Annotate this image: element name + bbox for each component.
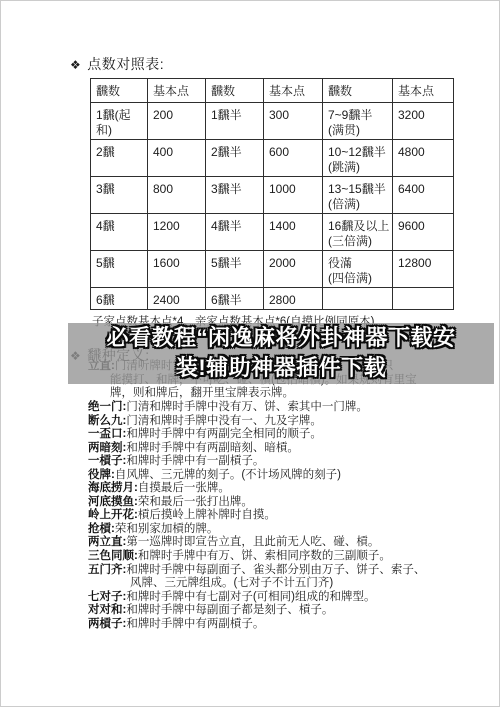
column-header: 基本点: [148, 79, 206, 103]
column-header: 飜数: [323, 79, 393, 103]
diamond-bullet-icon: ❖: [70, 58, 81, 72]
watermark-overlay: 必看教程“闲逸麻将外卦神器下载安 装!辅助神器插件下载: [68, 323, 494, 384]
table-cell: 役滿 (四倍满): [323, 251, 393, 288]
score-table: 飜数 基本点 飜数 基本点 飜数 基本点 1飜(起和) 200 1飜半 300 …: [90, 78, 454, 310]
definition-line: 风牌、三元牌组成。(七对子不计五门齐): [88, 577, 425, 591]
table-cell: 2飜半: [206, 140, 264, 177]
definition-item: 河底摸鱼:荣和最后一张打出牌。: [88, 496, 425, 510]
table-cell: 300: [264, 103, 323, 140]
definition-item: 海底捞月:自摸最后一张牌。: [88, 482, 425, 496]
table-cell: 1600: [148, 251, 206, 288]
table-cell: 9600: [393, 214, 454, 251]
definition-text: 和牌时手牌中有两副暗刻、暗槓。: [126, 442, 299, 454]
definition-item: 两暗刻:和牌时手牌中有两副暗刻、暗槓。: [88, 442, 425, 456]
definition-text: 荣和最后一张打出牌。: [138, 496, 253, 508]
table-cell: 5飜: [91, 251, 148, 288]
table-row: 4飜 1200 4飜半 1400 16飜及以上 (三倍满) 9600: [91, 214, 454, 251]
definition-text: 荣和别家加槓的牌。: [115, 523, 219, 535]
table-cell: 5飜半: [206, 251, 264, 288]
definition-line: 五门齐:和牌时手牌中每副面子、雀头都分别由万子、饼子、索子、: [88, 564, 425, 578]
table-row: 3飜 800 3飜半 1000 13~15飜半 (倍满) 6400: [91, 177, 454, 214]
definition-term: 岭上开花:: [88, 509, 138, 521]
definition-text: 和牌时手牌中有万、饼、索相同序数的三副顺子。: [138, 550, 391, 562]
definition-term: 一盃口:: [88, 428, 126, 440]
definition-term: 一槓子:: [88, 455, 126, 467]
table-cell: 600: [264, 140, 323, 177]
definition-item: 一盃口:和牌时手牌中有两副完全相同的顺子。: [88, 428, 425, 442]
column-header: 基本点: [264, 79, 323, 103]
table-cell: 4飜: [91, 214, 148, 251]
definition-item: 一槓子:和牌时手牌中有一副槓子。: [88, 455, 425, 469]
table-cell: 4800: [393, 140, 454, 177]
definition-term: 对对和:: [88, 604, 126, 616]
score-table-block: 飜数 基本点 飜数 基本点 飜数 基本点 1飜(起和) 200 1飜半 300 …: [90, 78, 454, 310]
definition-item: 断么九:门清和牌时手牌中没有一、九及字牌。: [88, 415, 425, 429]
definition-text: 和牌时手牌中每副面子、雀头都分别由万子、饼子、索子、: [126, 564, 425, 576]
table-cell: 2400: [148, 288, 206, 310]
table-cell: 1000: [264, 177, 323, 214]
definition-text: 和牌时手牌中有两副槓子。: [126, 618, 264, 630]
table-cell: 800: [148, 177, 206, 214]
definition-item: 两槓子:和牌时手牌中有两副槓子。: [88, 618, 425, 632]
table-header-row: 飜数 基本点 飜数 基本点 飜数 基本点: [91, 79, 454, 103]
definition-text: 第一巡牌时即宣告立直，且此前无人吃、碰、槓。: [126, 536, 379, 548]
table-cell: 4飜半: [206, 214, 264, 251]
definitions-list: 绝一门:门清和牌时手牌中没有万、饼、索其中一门牌。 断么九:门清和牌时手牌中没有…: [88, 401, 425, 631]
definition-term: 两槓子:: [88, 618, 126, 630]
column-header: 基本点: [393, 79, 454, 103]
definition-term: 海底捞月:: [88, 482, 138, 494]
definition-term: 三色同顺:: [88, 550, 138, 562]
definition-item: 抢槓:荣和别家加槓的牌。: [88, 523, 425, 537]
definition-term: 役牌:: [88, 469, 115, 481]
column-header: 飜数: [206, 79, 264, 103]
definition-item: 三色同顺:和牌时手牌中有万、饼、索相同序数的三副顺子。: [88, 550, 425, 564]
score-table-heading: ❖点数对照表:: [70, 54, 164, 74]
table-cell: 1400: [264, 214, 323, 251]
definition-term: 两立直:: [88, 536, 126, 548]
definition-item: 岭上开花:槓后摸岭上牌补牌时自摸。: [88, 509, 425, 523]
document-page: ❖点数对照表: 飜数 基本点 飜数 基本点 飜数 基本点 1飜(起和): [0, 0, 500, 707]
definition-text: 槓后摸岭上牌补牌时自摸。: [138, 509, 276, 521]
definition-term: 五门齐:: [88, 564, 126, 576]
definition-item: 两立直:第一巡牌时即宣告立直，且此前无人吃、碰、槓。: [88, 536, 425, 550]
definition-item: 五门齐:和牌时手牌中每副面子、雀头都分别由万子、饼子、索子、 风牌、三元牌组成。…: [88, 564, 425, 591]
watermark-text-line2: 装!辅助神器插件下载: [176, 353, 386, 383]
definition-text: 门清和牌时手牌中没有万、饼、索其中一门牌。: [126, 401, 368, 413]
table-row: 1飜(起和) 200 1飜半 300 7~9飜半 (满贯) 3200: [91, 103, 454, 140]
definition-text: 自风牌、三元牌的刻子。(不计场风牌的刻子): [115, 469, 341, 481]
table-cell: 3飜: [91, 177, 148, 214]
table-cell: 16飜及以上 (三倍满): [323, 214, 393, 251]
table-row: 5飜 1600 5飜半 2000 役滿 (四倍满) 12800: [91, 251, 454, 288]
table-cell: 7~9飜半 (满贯): [323, 103, 393, 140]
definition-term: 七对子:: [88, 591, 126, 603]
watermark-text-line1: 必看教程“闲逸麻将外卦神器下载安: [106, 323, 455, 353]
table-cell: 3200: [393, 103, 454, 140]
table-cell: 2000: [264, 251, 323, 288]
table-cell: 12800: [393, 251, 454, 288]
definition-text: 和牌时手牌中有七副对子(可相同)组成的和牌型。: [126, 591, 375, 603]
definition-term: 河底摸鱼:: [88, 496, 138, 508]
definition-text: 自摸最后一张牌。: [138, 482, 230, 494]
definition-term: 断么九:: [88, 415, 126, 427]
table-cell: 1飜(起和): [91, 103, 148, 140]
table-cell: 1200: [148, 214, 206, 251]
table-cell: 6400: [393, 177, 454, 214]
score-table-heading-label: 点数对照表:: [87, 56, 164, 72]
table-cell: 6飜: [91, 288, 148, 310]
table-cell: 3飜半: [206, 177, 264, 214]
definition-term: 绝一门:: [88, 401, 126, 413]
table-cell: 10~12飜半 (跳满): [323, 140, 393, 177]
definition-text: 和牌时手牌中有两副完全相同的顺子。: [126, 428, 322, 440]
definition-text: 门清和牌时手牌中没有一、九及字牌。: [126, 415, 322, 427]
definition-term: 抢槓:: [88, 523, 115, 535]
table-row: 2飜 400 2飜半 600 10~12飜半 (跳满) 4800: [91, 140, 454, 177]
column-header: 飜数: [91, 79, 148, 103]
table-row: 6飜 2400 6飜半 2800: [91, 288, 454, 310]
definition-item: 绝一门:门清和牌时手牌中没有万、饼、索其中一门牌。: [88, 401, 425, 415]
table-cell: 200: [148, 103, 206, 140]
table-cell: 2飜: [91, 140, 148, 177]
table-cell-empty: [393, 288, 454, 310]
definition-term: 两暗刻:: [88, 442, 126, 454]
definition-item: 役牌:自风牌、三元牌的刻子。(不计场风牌的刻子): [88, 469, 425, 483]
table-cell: 2800: [264, 288, 323, 310]
table-cell: 1飜半: [206, 103, 264, 140]
definition-item: 对对和:和牌时手牌中每副面子都是刻子、槓子。: [88, 604, 425, 618]
table-cell: 400: [148, 140, 206, 177]
definition-text: 和牌时手牌中每副面子都是刻子、槓子。: [126, 604, 333, 616]
definition-item: 七对子:和牌时手牌中有七副对子(可相同)组成的和牌型。: [88, 591, 425, 605]
table-cell: 6飜半: [206, 288, 264, 310]
definition-text: 和牌时手牌中有一副槓子。: [126, 455, 264, 467]
table-cell: 13~15飜半 (倍满): [323, 177, 393, 214]
table-cell-empty: [323, 288, 393, 310]
definition-line: 牌，则和牌后，翻开里宝牌表示牌。: [88, 387, 417, 401]
